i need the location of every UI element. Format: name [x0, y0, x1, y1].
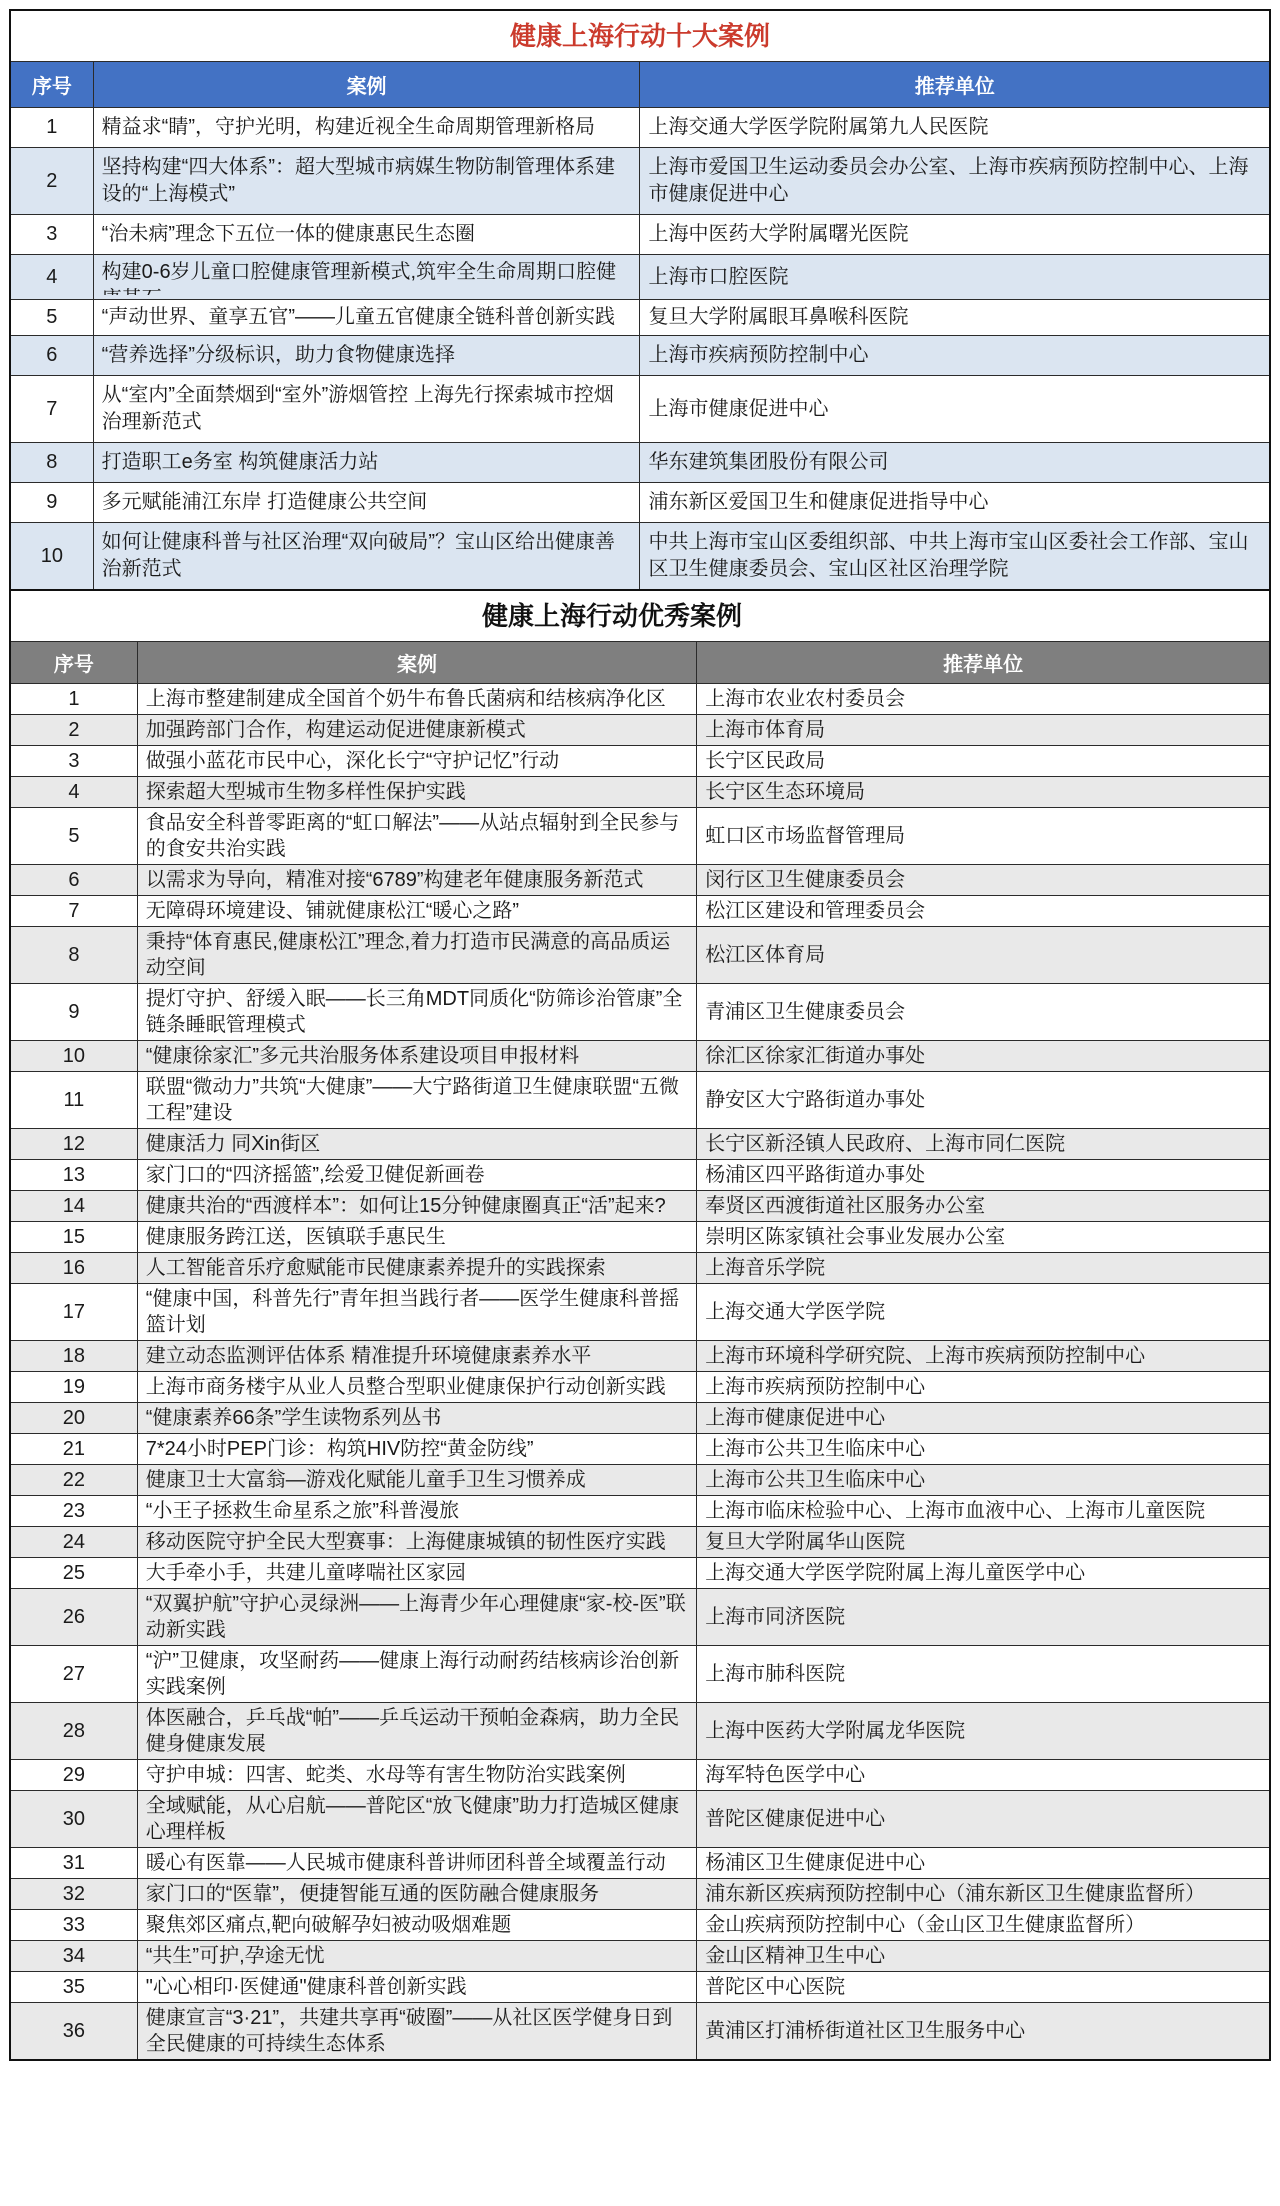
case-cell: 上海市商务楼宇从业人员整合型职业健康保护行动创新实践 — [137, 1371, 696, 1402]
case-title: 多元赋能浦江东岸 打造健康公共空间 — [102, 489, 632, 516]
case-title: 如何让健康科普与社区治理“双向破局”？宝山区给出健康善治新范式 — [102, 529, 632, 583]
excellent-cases-table: 健康上海行动优秀案例 序号 案例 推荐单位 1 上海市整建制建成全国首个奶牛布鲁… — [9, 589, 1271, 2061]
case-title: “健康素养66条”学生读物系列丛书 — [146, 1405, 688, 1431]
case-title: 联盟“微动力”共筑“大健康”——大宁路街道卫生健康联盟“五微工程”建设 — [146, 1074, 688, 1126]
row-number: 34 — [10, 1940, 137, 1971]
recommending-org: 长宁区民政局 — [697, 745, 1270, 776]
table-row: 36 健康宣言“3·21”，共建共享再“破圈”——从社区医学健身日到全民健康的可… — [10, 2002, 1270, 2060]
table-row: 16 人工智能音乐疗愈赋能市民健康素养提升的实践探索 上海音乐学院 — [10, 1252, 1270, 1283]
recommending-org: 上海中医药大学附属曙光医院 — [640, 215, 1270, 255]
case-cell: 联盟“微动力”共筑“大健康”——大宁路街道卫生健康联盟“五微工程”建设 — [137, 1071, 696, 1128]
case-title: “小王子拯救生命星系之旅”科普漫旅 — [146, 1498, 688, 1524]
case-title: 从“室内”全面禁烟到“室外”游烟管控 上海先行探索城市控烟治理新范式 — [102, 382, 632, 436]
row-number: 8 — [10, 926, 137, 983]
row-number: 17 — [10, 1283, 137, 1340]
case-title: 无障碍环境建设、铺就健康松江“暖心之路” — [146, 898, 688, 924]
row-number: 7 — [10, 376, 93, 443]
table-row: 21 7*24小时PEP门诊：构筑HIV防控“黄金防线” 上海市公共卫生临床中心 — [10, 1433, 1270, 1464]
table2-title-row: 健康上海行动优秀案例 — [10, 590, 1270, 642]
table-row: 7 无障碍环境建设、铺就健康松江“暖心之路” 松江区建设和管理委员会 — [10, 895, 1270, 926]
case-title: 健康卫士大富翁—游戏化赋能儿童手卫生习惯养成 — [146, 1467, 688, 1493]
case-title: “双翼护航”守护心灵绿洲——上海青少年心理健康“家-校-医”联动新实践 — [146, 1591, 688, 1643]
table2-title: 健康上海行动优秀案例 — [10, 590, 1270, 642]
recommending-org: 黄浦区打浦桥街道社区卫生服务中心 — [697, 2002, 1270, 2060]
recommending-org: 徐汇区徐家汇街道办事处 — [697, 1040, 1270, 1071]
case-cell: 家门口的“医靠”，便捷智能互通的医防融合健康服务 — [137, 1878, 696, 1909]
table1-title: 健康上海行动十大案例 — [10, 10, 1270, 62]
case-title: 上海市商务楼宇从业人员整合型职业健康保护行动创新实践 — [146, 1374, 688, 1400]
case-cell: 构建0-6岁儿童口腔健康管理新模式,筑牢全生命周期口腔健康基石 — [93, 255, 640, 300]
case-title: 上海市整建制建成全国首个奶牛布鲁氏菌病和结核病净化区 — [146, 686, 688, 712]
recommending-org: 上海市同济医院 — [697, 1588, 1270, 1645]
case-cell: 做强小蓝花市民中心，深化长宁“守护记忆”行动 — [137, 745, 696, 776]
recommending-org: 上海市健康促进中心 — [640, 376, 1270, 443]
recommending-org: 上海市健康促进中心 — [697, 1402, 1270, 1433]
case-title: 健康服务跨江送，医镇联手惠民生 — [146, 1224, 688, 1250]
table2-header-row: 序号 案例 推荐单位 — [10, 641, 1270, 683]
table1-body: 1 精益求“睛”，守护光明，构建近视全生命周期管理新格局 上海交通大学医学院附属… — [10, 108, 1270, 591]
table-row: 31 暖心有医靠——人民城市健康科普讲师团科普全域覆盖行动 杨浦区卫生健康促进中… — [10, 1847, 1270, 1878]
row-number: 36 — [10, 2002, 137, 2060]
case-cell: "心心相印·医健通"健康科普创新实践 — [137, 1971, 696, 2002]
case-cell: 上海市整建制建成全国首个奶牛布鲁氏菌病和结核病净化区 — [137, 683, 696, 714]
recommending-org: 中共上海市宝山区委组织部、中共上海市宝山区委社会工作部、宝山区卫生健康委员会、宝… — [640, 523, 1270, 591]
row-number: 16 — [10, 1252, 137, 1283]
table-row: 12 健康活力 同Xin街区 长宁区新泾镇人民政府、上海市同仁医院 — [10, 1128, 1270, 1159]
recommending-org: 杨浦区四平路街道办事处 — [697, 1159, 1270, 1190]
table-row: 32 家门口的“医靠”，便捷智能互通的医防融合健康服务 浦东新区疾病预防控制中心… — [10, 1878, 1270, 1909]
recommending-org: 金山区精神卫生中心 — [697, 1940, 1270, 1971]
recommending-org: 上海市公共卫生临床中心 — [697, 1464, 1270, 1495]
document-page: 健康上海行动十大案例 序号 案例 推荐单位 1 精益求“睛”，守护光明，构建近视… — [9, 9, 1271, 2061]
case-cell: 精益求“睛”，守护光明，构建近视全生命周期管理新格局 — [93, 108, 640, 148]
case-title: 探索超大型城市生物多样性保护实践 — [146, 779, 688, 805]
table-row: 28 体医融合，乒乓战“帕”——乒乓运动干预帕金森病，助力全民健身健康发展 上海… — [10, 1702, 1270, 1759]
row-number: 2 — [10, 148, 93, 215]
case-cell: 聚焦郊区痛点,靶向破解孕妇被动吸烟难题 — [137, 1909, 696, 1940]
table1-col-header-no: 序号 — [10, 62, 93, 108]
case-cell: 打造职工e务室 构筑健康活力站 — [93, 443, 640, 483]
case-cell: 加强跨部门合作，构建运动促进健康新模式 — [137, 714, 696, 745]
case-cell: 暖心有医靠——人民城市健康科普讲师团科普全域覆盖行动 — [137, 1847, 696, 1878]
table-row: 26 “双翼护航”守护心灵绿洲——上海青少年心理健康“家-校-医”联动新实践 上… — [10, 1588, 1270, 1645]
table-row: 5 食品安全科普零距离的“虹口解法”——从站点辐射到全民参与的食安共治实践 虹口… — [10, 807, 1270, 864]
case-cell: 从“室内”全面禁烟到“室外”游烟管控 上海先行探索城市控烟治理新范式 — [93, 376, 640, 443]
table-row: 14 健康共治的“西渡样本”：如何让15分钟健康圈真正“活”起来? 奉贤区西渡街… — [10, 1190, 1270, 1221]
case-cell: 人工智能音乐疗愈赋能市民健康素养提升的实践探索 — [137, 1252, 696, 1283]
case-cell: “健康徐家汇”多元共治服务体系建设项目申报材料 — [137, 1040, 696, 1071]
recommending-org: 奉贤区西渡街道社区服务办公室 — [697, 1190, 1270, 1221]
case-title: 体医融合，乒乓战“帕”——乒乓运动干预帕金森病，助力全民健身健康发展 — [146, 1705, 688, 1757]
recommending-org: 上海交通大学医学院 — [697, 1283, 1270, 1340]
table-row: 6 以需求为导向，精准对接“6789”构建老年健康服务新范式 闵行区卫生健康委员… — [10, 864, 1270, 895]
case-title: 家门口的“四济摇篮”,绘爱卫健促新画卷 — [146, 1162, 688, 1188]
table-row: 3 做强小蓝花市民中心，深化长宁“守护记忆”行动 长宁区民政局 — [10, 745, 1270, 776]
recommending-org: 上海市临床检验中心、上海市血液中心、上海市儿童医院 — [697, 1495, 1270, 1526]
recommending-org: 海军特色医学中心 — [697, 1759, 1270, 1790]
table-row: 1 精益求“睛”，守护光明，构建近视全生命周期管理新格局 上海交通大学医学院附属… — [10, 108, 1270, 148]
case-cell: 守护申城：四害、蛇类、水母等有害生物防治实践案例 — [137, 1759, 696, 1790]
row-number: 23 — [10, 1495, 137, 1526]
recommending-org: 上海市体育局 — [697, 714, 1270, 745]
case-cell: 探索超大型城市生物多样性保护实践 — [137, 776, 696, 807]
case-title: “健康中国，科普先行”青年担当践行者——医学生健康科普摇篮计划 — [146, 1286, 688, 1338]
case-cell: “声动世界、童享五官”——儿童五官健康全链科普创新实践 — [93, 300, 640, 336]
case-cell: “共生”可护,孕途无忧 — [137, 1940, 696, 1971]
case-title: 秉持“体育惠民,健康松江”理念,着力打造市民满意的高品质运动空间 — [146, 929, 688, 981]
row-number: 8 — [10, 443, 93, 483]
case-cell: 移动医院守护全民大型赛事：上海健康城镇的韧性医疗实践 — [137, 1526, 696, 1557]
case-title: “沪”卫健康，攻坚耐药——健康上海行动耐药结核病诊治创新实践案例 — [146, 1648, 688, 1700]
table-row: 19 上海市商务楼宇从业人员整合型职业健康保护行动创新实践 上海市疾病预防控制中… — [10, 1371, 1270, 1402]
case-title: 大手牵小手，共建儿童哮喘社区家园 — [146, 1560, 688, 1586]
table-row: 17 “健康中国，科普先行”青年担当践行者——医学生健康科普摇篮计划 上海交通大… — [10, 1283, 1270, 1340]
case-title: “共生”可护,孕途无忧 — [146, 1943, 688, 1969]
row-number: 31 — [10, 1847, 137, 1878]
table-row: 13 家门口的“四济摇篮”,绘爱卫健促新画卷 杨浦区四平路街道办事处 — [10, 1159, 1270, 1190]
row-number: 22 — [10, 1464, 137, 1495]
case-title: 守护申城：四害、蛇类、水母等有害生物防治实践案例 — [146, 1762, 688, 1788]
recommending-org: 松江区建设和管理委员会 — [697, 895, 1270, 926]
case-title: 人工智能音乐疗愈赋能市民健康素养提升的实践探索 — [146, 1255, 688, 1281]
case-cell: 秉持“体育惠民,健康松江”理念,着力打造市民满意的高品质运动空间 — [137, 926, 696, 983]
case-cell: “治未病”理念下五位一体的健康惠民生态圈 — [93, 215, 640, 255]
case-title: “营养选择”分级标识，助力食物健康选择 — [102, 342, 632, 369]
row-number: 27 — [10, 1645, 137, 1702]
row-number: 10 — [10, 523, 93, 591]
table-row: 2 加强跨部门合作，构建运动促进健康新模式 上海市体育局 — [10, 714, 1270, 745]
row-number: 26 — [10, 1588, 137, 1645]
row-number: 9 — [10, 483, 93, 523]
case-cell: 提灯守护、舒缓入眠——长三角MDT同质化“防筛诊治管康”全链条睡眠管理模式 — [137, 983, 696, 1040]
table-row: 25 大手牵小手，共建儿童哮喘社区家园 上海交通大学医学院附属上海儿童医学中心 — [10, 1557, 1270, 1588]
row-number: 14 — [10, 1190, 137, 1221]
table-row: 30 全域赋能，从心启航——普陀区“放飞健康”助力打造城区健康心理样板 普陀区健… — [10, 1790, 1270, 1847]
recommending-org: 浦东新区疾病预防控制中心（浦东新区卫生健康监督所） — [697, 1878, 1270, 1909]
case-cell: “小王子拯救生命星系之旅”科普漫旅 — [137, 1495, 696, 1526]
recommending-org: 浦东新区爱国卫生和健康促进指导中心 — [640, 483, 1270, 523]
case-cell: 健康卫士大富翁—游戏化赋能儿童手卫生习惯养成 — [137, 1464, 696, 1495]
recommending-org: 青浦区卫生健康委员会 — [697, 983, 1270, 1040]
table-row: 8 秉持“体育惠民,健康松江”理念,着力打造市民满意的高品质运动空间 松江区体育… — [10, 926, 1270, 983]
case-cell: “健康中国，科普先行”青年担当践行者——医学生健康科普摇篮计划 — [137, 1283, 696, 1340]
case-cell: 大手牵小手，共建儿童哮喘社区家园 — [137, 1557, 696, 1588]
row-number: 15 — [10, 1221, 137, 1252]
case-cell: 健康共治的“西渡样本”：如何让15分钟健康圈真正“活”起来? — [137, 1190, 696, 1221]
recommending-org: 普陀区健康促进中心 — [697, 1790, 1270, 1847]
table-row: 7 从“室内”全面禁烟到“室外”游烟管控 上海先行探索城市控烟治理新范式 上海市… — [10, 376, 1270, 443]
recommending-org: 上海市公共卫生临床中心 — [697, 1433, 1270, 1464]
table1-title-row: 健康上海行动十大案例 — [10, 10, 1270, 62]
recommending-org: 闵行区卫生健康委员会 — [697, 864, 1270, 895]
case-cell: 全域赋能，从心启航——普陀区“放飞健康”助力打造城区健康心理样板 — [137, 1790, 696, 1847]
case-cell: 多元赋能浦江东岸 打造健康公共空间 — [93, 483, 640, 523]
row-number: 12 — [10, 1128, 137, 1159]
row-number: 20 — [10, 1402, 137, 1433]
table1-header-row: 序号 案例 推荐单位 — [10, 62, 1270, 108]
case-title: 构建0-6岁儿童口腔健康管理新模式,筑牢全生命周期口腔健康基石 — [102, 259, 632, 295]
row-number: 5 — [10, 807, 137, 864]
recommending-org: 上海交通大学医学院附属上海儿童医学中心 — [697, 1557, 1270, 1588]
table-row: 10 如何让健康科普与社区治理“双向破局”？宝山区给出健康善治新范式 中共上海市… — [10, 523, 1270, 591]
recommending-org: 上海市疾病预防控制中心 — [640, 336, 1270, 376]
case-cell: 如何让健康科普与社区治理“双向破局”？宝山区给出健康善治新范式 — [93, 523, 640, 591]
row-number: 5 — [10, 300, 93, 336]
table-row: 29 守护申城：四害、蛇类、水母等有害生物防治实践案例 海军特色医学中心 — [10, 1759, 1270, 1790]
case-title: 健康活力 同Xin街区 — [146, 1131, 688, 1157]
table2-body: 1 上海市整建制建成全国首个奶牛布鲁氏菌病和结核病净化区 上海市农业农村委员会 … — [10, 683, 1270, 2060]
recommending-org: 长宁区新泾镇人民政府、上海市同仁医院 — [697, 1128, 1270, 1159]
table-row: 8 打造职工e务室 构筑健康活力站 华东建筑集团股份有限公司 — [10, 443, 1270, 483]
row-number: 1 — [10, 108, 93, 148]
table-row: 22 健康卫士大富翁—游戏化赋能儿童手卫生习惯养成 上海市公共卫生临床中心 — [10, 1464, 1270, 1495]
row-number: 33 — [10, 1909, 137, 1940]
row-number: 10 — [10, 1040, 137, 1071]
recommending-org: 复旦大学附属眼耳鼻喉科医院 — [640, 300, 1270, 336]
case-cell: 家门口的“四济摇篮”,绘爱卫健促新画卷 — [137, 1159, 696, 1190]
row-number: 4 — [10, 776, 137, 807]
table-row: 4 构建0-6岁儿童口腔健康管理新模式,筑牢全生命周期口腔健康基石 上海市口腔医… — [10, 255, 1270, 300]
recommending-org: 上海交通大学医学院附属第九人民医院 — [640, 108, 1270, 148]
case-title: 食品安全科普零距离的“虹口解法”——从站点辐射到全民参与的食安共治实践 — [146, 810, 688, 862]
case-title: 打造职工e务室 构筑健康活力站 — [102, 449, 632, 476]
table2-col-header-org: 推荐单位 — [697, 641, 1270, 683]
case-title: “治未病”理念下五位一体的健康惠民生态圈 — [102, 221, 632, 248]
row-number: 4 — [10, 255, 93, 300]
case-title: 以需求为导向，精准对接“6789”构建老年健康服务新范式 — [146, 867, 688, 893]
case-title: 暖心有医靠——人民城市健康科普讲师团科普全域覆盖行动 — [146, 1850, 688, 1876]
row-number: 13 — [10, 1159, 137, 1190]
row-number: 1 — [10, 683, 137, 714]
row-number: 3 — [10, 215, 93, 255]
row-number: 6 — [10, 336, 93, 376]
row-number: 11 — [10, 1071, 137, 1128]
table-row: 11 联盟“微动力”共筑“大健康”——大宁路街道卫生健康联盟“五微工程”建设 静… — [10, 1071, 1270, 1128]
case-cell: 食品安全科普零距离的“虹口解法”——从站点辐射到全民参与的食安共治实践 — [137, 807, 696, 864]
case-cell: 无障碍环境建设、铺就健康松江“暖心之路” — [137, 895, 696, 926]
recommending-org: 崇明区陈家镇社会事业发展办公室 — [697, 1221, 1270, 1252]
table-row: 27 “沪”卫健康，攻坚耐药——健康上海行动耐药结核病诊治创新实践案例 上海市肺… — [10, 1645, 1270, 1702]
recommending-org: 上海中医药大学附属龙华医院 — [697, 1702, 1270, 1759]
table1-col-header-case: 案例 — [93, 62, 640, 108]
case-title: 做强小蓝花市民中心，深化长宁“守护记忆”行动 — [146, 748, 688, 774]
case-cell: 建立动态监测评估体系 精准提升环境健康素养水平 — [137, 1340, 696, 1371]
case-cell: “营养选择”分级标识，助力食物健康选择 — [93, 336, 640, 376]
recommending-org: 华东建筑集团股份有限公司 — [640, 443, 1270, 483]
case-title: 健康共治的“西渡样本”：如何让15分钟健康圈真正“活”起来? — [146, 1193, 688, 1219]
row-number: 7 — [10, 895, 137, 926]
recommending-org: 静安区大宁路街道办事处 — [697, 1071, 1270, 1128]
recommending-org: 上海市疾病预防控制中心 — [697, 1371, 1270, 1402]
recommending-org: 上海市爱国卫生运动委员会办公室、上海市疾病预防控制中心、上海市健康促进中心 — [640, 148, 1270, 215]
case-cell: “健康素养66条”学生读物系列丛书 — [137, 1402, 696, 1433]
case-cell: 7*24小时PEP门诊：构筑HIV防控“黄金防线” — [137, 1433, 696, 1464]
table-row: 15 健康服务跨江送，医镇联手惠民生 崇明区陈家镇社会事业发展办公室 — [10, 1221, 1270, 1252]
table-row: 2 坚持构建“四大体系”：超大型城市病媒生物防制管理体系建设的“上海模式” 上海… — [10, 148, 1270, 215]
row-number: 24 — [10, 1526, 137, 1557]
case-cell: 健康宣言“3·21”，共建共享再“破圈”——从社区医学健身日到全民健康的可持续生… — [137, 2002, 696, 2060]
table2-col-header-no: 序号 — [10, 641, 137, 683]
case-title: 健康宣言“3·21”，共建共享再“破圈”——从社区医学健身日到全民健康的可持续生… — [146, 2005, 688, 2057]
case-title: 聚焦郊区痛点,靶向破解孕妇被动吸烟难题 — [146, 1912, 688, 1938]
row-number: 19 — [10, 1371, 137, 1402]
recommending-org: 上海市农业农村委员会 — [697, 683, 1270, 714]
recommending-org: 长宁区生态环境局 — [697, 776, 1270, 807]
case-title: “健康徐家汇”多元共治服务体系建设项目申报材料 — [146, 1043, 688, 1069]
top10-cases-table: 健康上海行动十大案例 序号 案例 推荐单位 1 精益求“睛”，守护光明，构建近视… — [9, 9, 1271, 591]
table-row: 18 建立动态监测评估体系 精准提升环境健康素养水平 上海市环境科学研究院、上海… — [10, 1340, 1270, 1371]
table-row: 24 移动医院守护全民大型赛事：上海健康城镇的韧性医疗实践 复旦大学附属华山医院 — [10, 1526, 1270, 1557]
recommending-org: 金山疾病预防控制中心（金山区卫生健康监督所） — [697, 1909, 1270, 1940]
recommending-org: 杨浦区卫生健康促进中心 — [697, 1847, 1270, 1878]
table1-col-header-org: 推荐单位 — [640, 62, 1270, 108]
row-number: 32 — [10, 1878, 137, 1909]
table-row: 34 “共生”可护,孕途无忧 金山区精神卫生中心 — [10, 1940, 1270, 1971]
case-title: 精益求“睛”，守护光明，构建近视全生命周期管理新格局 — [102, 114, 632, 141]
recommending-org: 松江区体育局 — [697, 926, 1270, 983]
row-number: 29 — [10, 1759, 137, 1790]
row-number: 6 — [10, 864, 137, 895]
recommending-org: 虹口区市场监督管理局 — [697, 807, 1270, 864]
table2-col-header-case: 案例 — [137, 641, 696, 683]
case-title: 家门口的“医靠”，便捷智能互通的医防融合健康服务 — [146, 1881, 688, 1907]
table-row: 1 上海市整建制建成全国首个奶牛布鲁氏菌病和结核病净化区 上海市农业农村委员会 — [10, 683, 1270, 714]
row-number: 21 — [10, 1433, 137, 1464]
row-number: 30 — [10, 1790, 137, 1847]
case-title: "心心相印·医健通"健康科普创新实践 — [146, 1974, 688, 2000]
case-title: 提灯守护、舒缓入眠——长三角MDT同质化“防筛诊治管康”全链条睡眠管理模式 — [146, 986, 688, 1038]
case-title: “声动世界、童享五官”——儿童五官健康全链科普创新实践 — [102, 304, 632, 331]
case-title: 加强跨部门合作，构建运动促进健康新模式 — [146, 717, 688, 743]
table-row: 35 "心心相印·医健通"健康科普创新实践 普陀区中心医院 — [10, 1971, 1270, 2002]
recommending-org: 上海市肺科医院 — [697, 1645, 1270, 1702]
recommending-org: 复旦大学附属华山医院 — [697, 1526, 1270, 1557]
row-number: 18 — [10, 1340, 137, 1371]
row-number: 28 — [10, 1702, 137, 1759]
recommending-org: 上海音乐学院 — [697, 1252, 1270, 1283]
recommending-org: 普陀区中心医院 — [697, 1971, 1270, 2002]
table-row: 33 聚焦郊区痛点,靶向破解孕妇被动吸烟难题 金山疾病预防控制中心（金山区卫生健… — [10, 1909, 1270, 1940]
case-title: 全域赋能，从心启航——普陀区“放飞健康”助力打造城区健康心理样板 — [146, 1793, 688, 1845]
case-title: 建立动态监测评估体系 精准提升环境健康素养水平 — [146, 1343, 688, 1369]
table-row: 20 “健康素养66条”学生读物系列丛书 上海市健康促进中心 — [10, 1402, 1270, 1433]
case-cell: 健康活力 同Xin街区 — [137, 1128, 696, 1159]
row-number: 35 — [10, 1971, 137, 2002]
table-row: 23 “小王子拯救生命星系之旅”科普漫旅 上海市临床检验中心、上海市血液中心、上… — [10, 1495, 1270, 1526]
case-cell: 坚持构建“四大体系”：超大型城市病媒生物防制管理体系建设的“上海模式” — [93, 148, 640, 215]
recommending-org: 上海市环境科学研究院、上海市疾病预防控制中心 — [697, 1340, 1270, 1371]
case-cell: “沪”卫健康，攻坚耐药——健康上海行动耐药结核病诊治创新实践案例 — [137, 1645, 696, 1702]
case-title: 移动医院守护全民大型赛事：上海健康城镇的韧性医疗实践 — [146, 1529, 688, 1555]
case-cell: 以需求为导向，精准对接“6789”构建老年健康服务新范式 — [137, 864, 696, 895]
table-row: 3 “治未病”理念下五位一体的健康惠民生态圈 上海中医药大学附属曙光医院 — [10, 215, 1270, 255]
case-cell: “双翼护航”守护心灵绿洲——上海青少年心理健康“家-校-医”联动新实践 — [137, 1588, 696, 1645]
row-number: 2 — [10, 714, 137, 745]
table-row: 10 “健康徐家汇”多元共治服务体系建设项目申报材料 徐汇区徐家汇街道办事处 — [10, 1040, 1270, 1071]
table-row: 5 “声动世界、童享五官”——儿童五官健康全链科普创新实践 复旦大学附属眼耳鼻喉… — [10, 300, 1270, 336]
table-row: 9 多元赋能浦江东岸 打造健康公共空间 浦东新区爱国卫生和健康促进指导中心 — [10, 483, 1270, 523]
table-row: 6 “营养选择”分级标识，助力食物健康选择 上海市疾病预防控制中心 — [10, 336, 1270, 376]
table-row: 4 探索超大型城市生物多样性保护实践 长宁区生态环境局 — [10, 776, 1270, 807]
case-cell: 健康服务跨江送，医镇联手惠民生 — [137, 1221, 696, 1252]
recommending-org: 上海市口腔医院 — [640, 255, 1270, 300]
case-title: 7*24小时PEP门诊：构筑HIV防控“黄金防线” — [146, 1436, 688, 1462]
row-number: 9 — [10, 983, 137, 1040]
case-title: 坚持构建“四大体系”：超大型城市病媒生物防制管理体系建设的“上海模式” — [102, 154, 632, 208]
row-number: 3 — [10, 745, 137, 776]
table-row: 9 提灯守护、舒缓入眠——长三角MDT同质化“防筛诊治管康”全链条睡眠管理模式 … — [10, 983, 1270, 1040]
row-number: 25 — [10, 1557, 137, 1588]
case-cell: 体医融合，乒乓战“帕”——乒乓运动干预帕金森病，助力全民健身健康发展 — [137, 1702, 696, 1759]
